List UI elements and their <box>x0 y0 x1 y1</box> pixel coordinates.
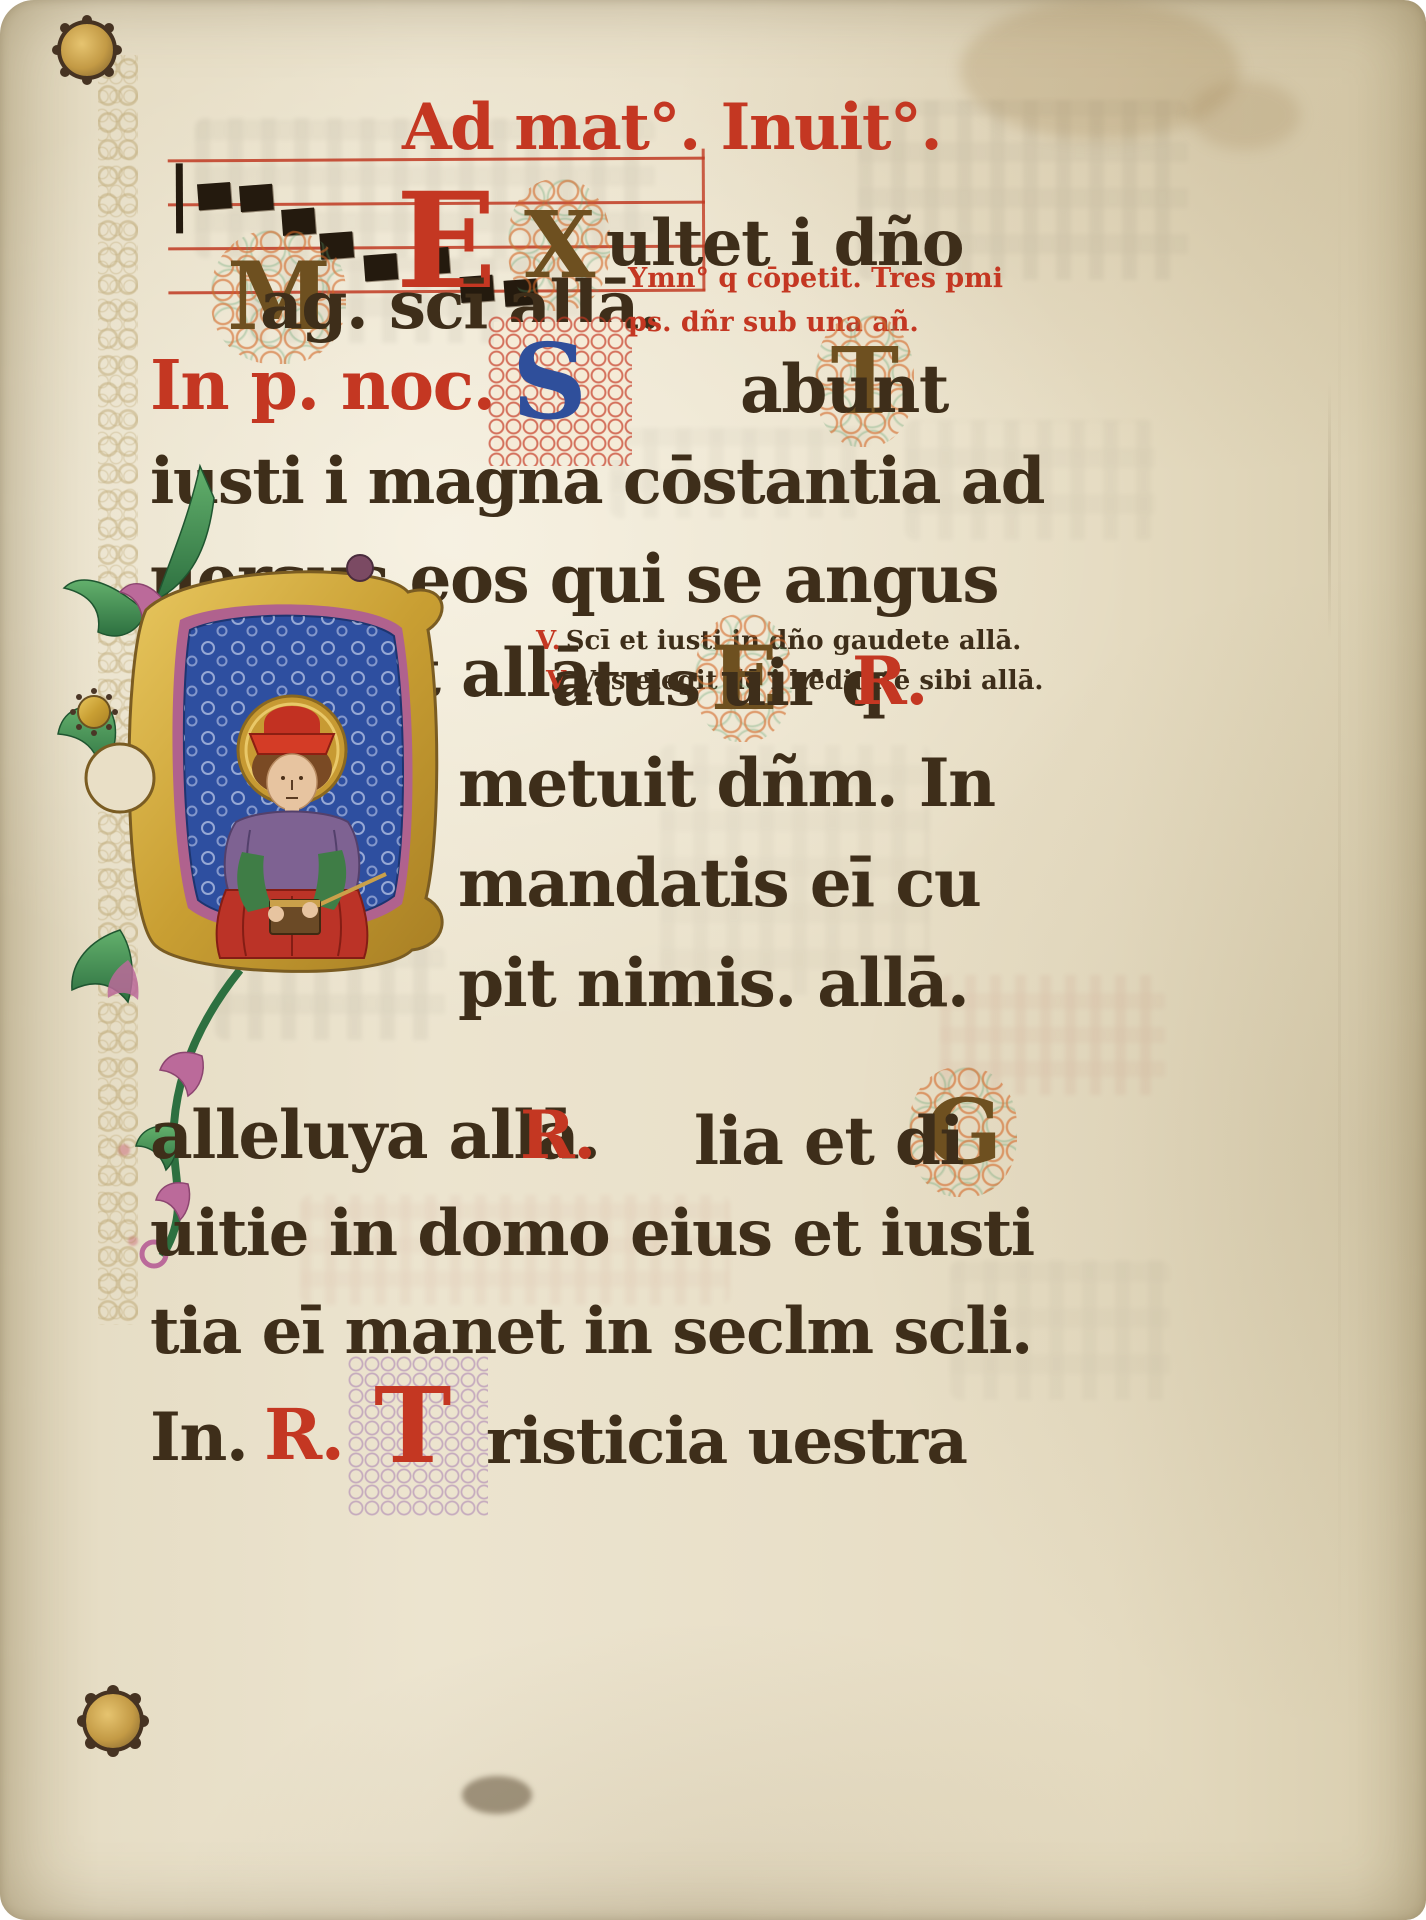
body-line-7: tia eī manet in seclm scli. <box>150 1300 1032 1364</box>
body-line-6: uitie in domo eius et iusti <box>150 1202 1034 1266</box>
hand <box>302 902 318 918</box>
filigree-initial-T: T <box>360 1368 476 1504</box>
gold-boss-bottom-icon <box>82 1690 144 1752</box>
beatus-line-2: metuit dñm. In <box>458 750 995 816</box>
responsory-mark: R. <box>520 1102 595 1168</box>
chant-clef-tick <box>176 163 183 233</box>
vellum-crease <box>1338 120 1341 1720</box>
gold-bezant-icon <box>70 688 118 736</box>
gold-boss-top-icon <box>57 20 117 80</box>
cap-brim <box>250 734 334 754</box>
vellum-crease <box>1328 380 1331 640</box>
beatus-line-3: mandatis eī cu <box>458 850 980 916</box>
filigree-initial-S: S <box>494 322 626 460</box>
responsory-mark: R. <box>852 648 927 714</box>
responsory-mark: R. <box>264 1400 344 1470</box>
initial-S-letter: S <box>512 330 586 434</box>
initial-T-letter: T <box>374 1374 450 1478</box>
beatus-line-4: pit nimis. allā. <box>458 950 968 1016</box>
parchment-stain <box>462 1776 532 1814</box>
rubric-matins: Ad mat°. Inuit°. <box>402 96 941 160</box>
final-in: In. <box>150 1404 247 1470</box>
marginal-rubric-line1: Ymn° q cōpetit. Tres pmi <box>628 258 1003 300</box>
hand <box>268 906 284 922</box>
beatus-line-1: atus uir q <box>552 652 884 716</box>
parchment-stain <box>1190 80 1300 150</box>
text-stabunt: abunt <box>740 356 948 422</box>
gloria-text: lia et di <box>694 1108 963 1174</box>
manuscript-page: Ad mat°. Inuit°. E X ultet i dño M ag. s… <box>0 0 1426 1920</box>
chant-note <box>197 182 232 210</box>
chant-note <box>239 184 274 212</box>
final-text: risticia uestra <box>486 1410 967 1474</box>
